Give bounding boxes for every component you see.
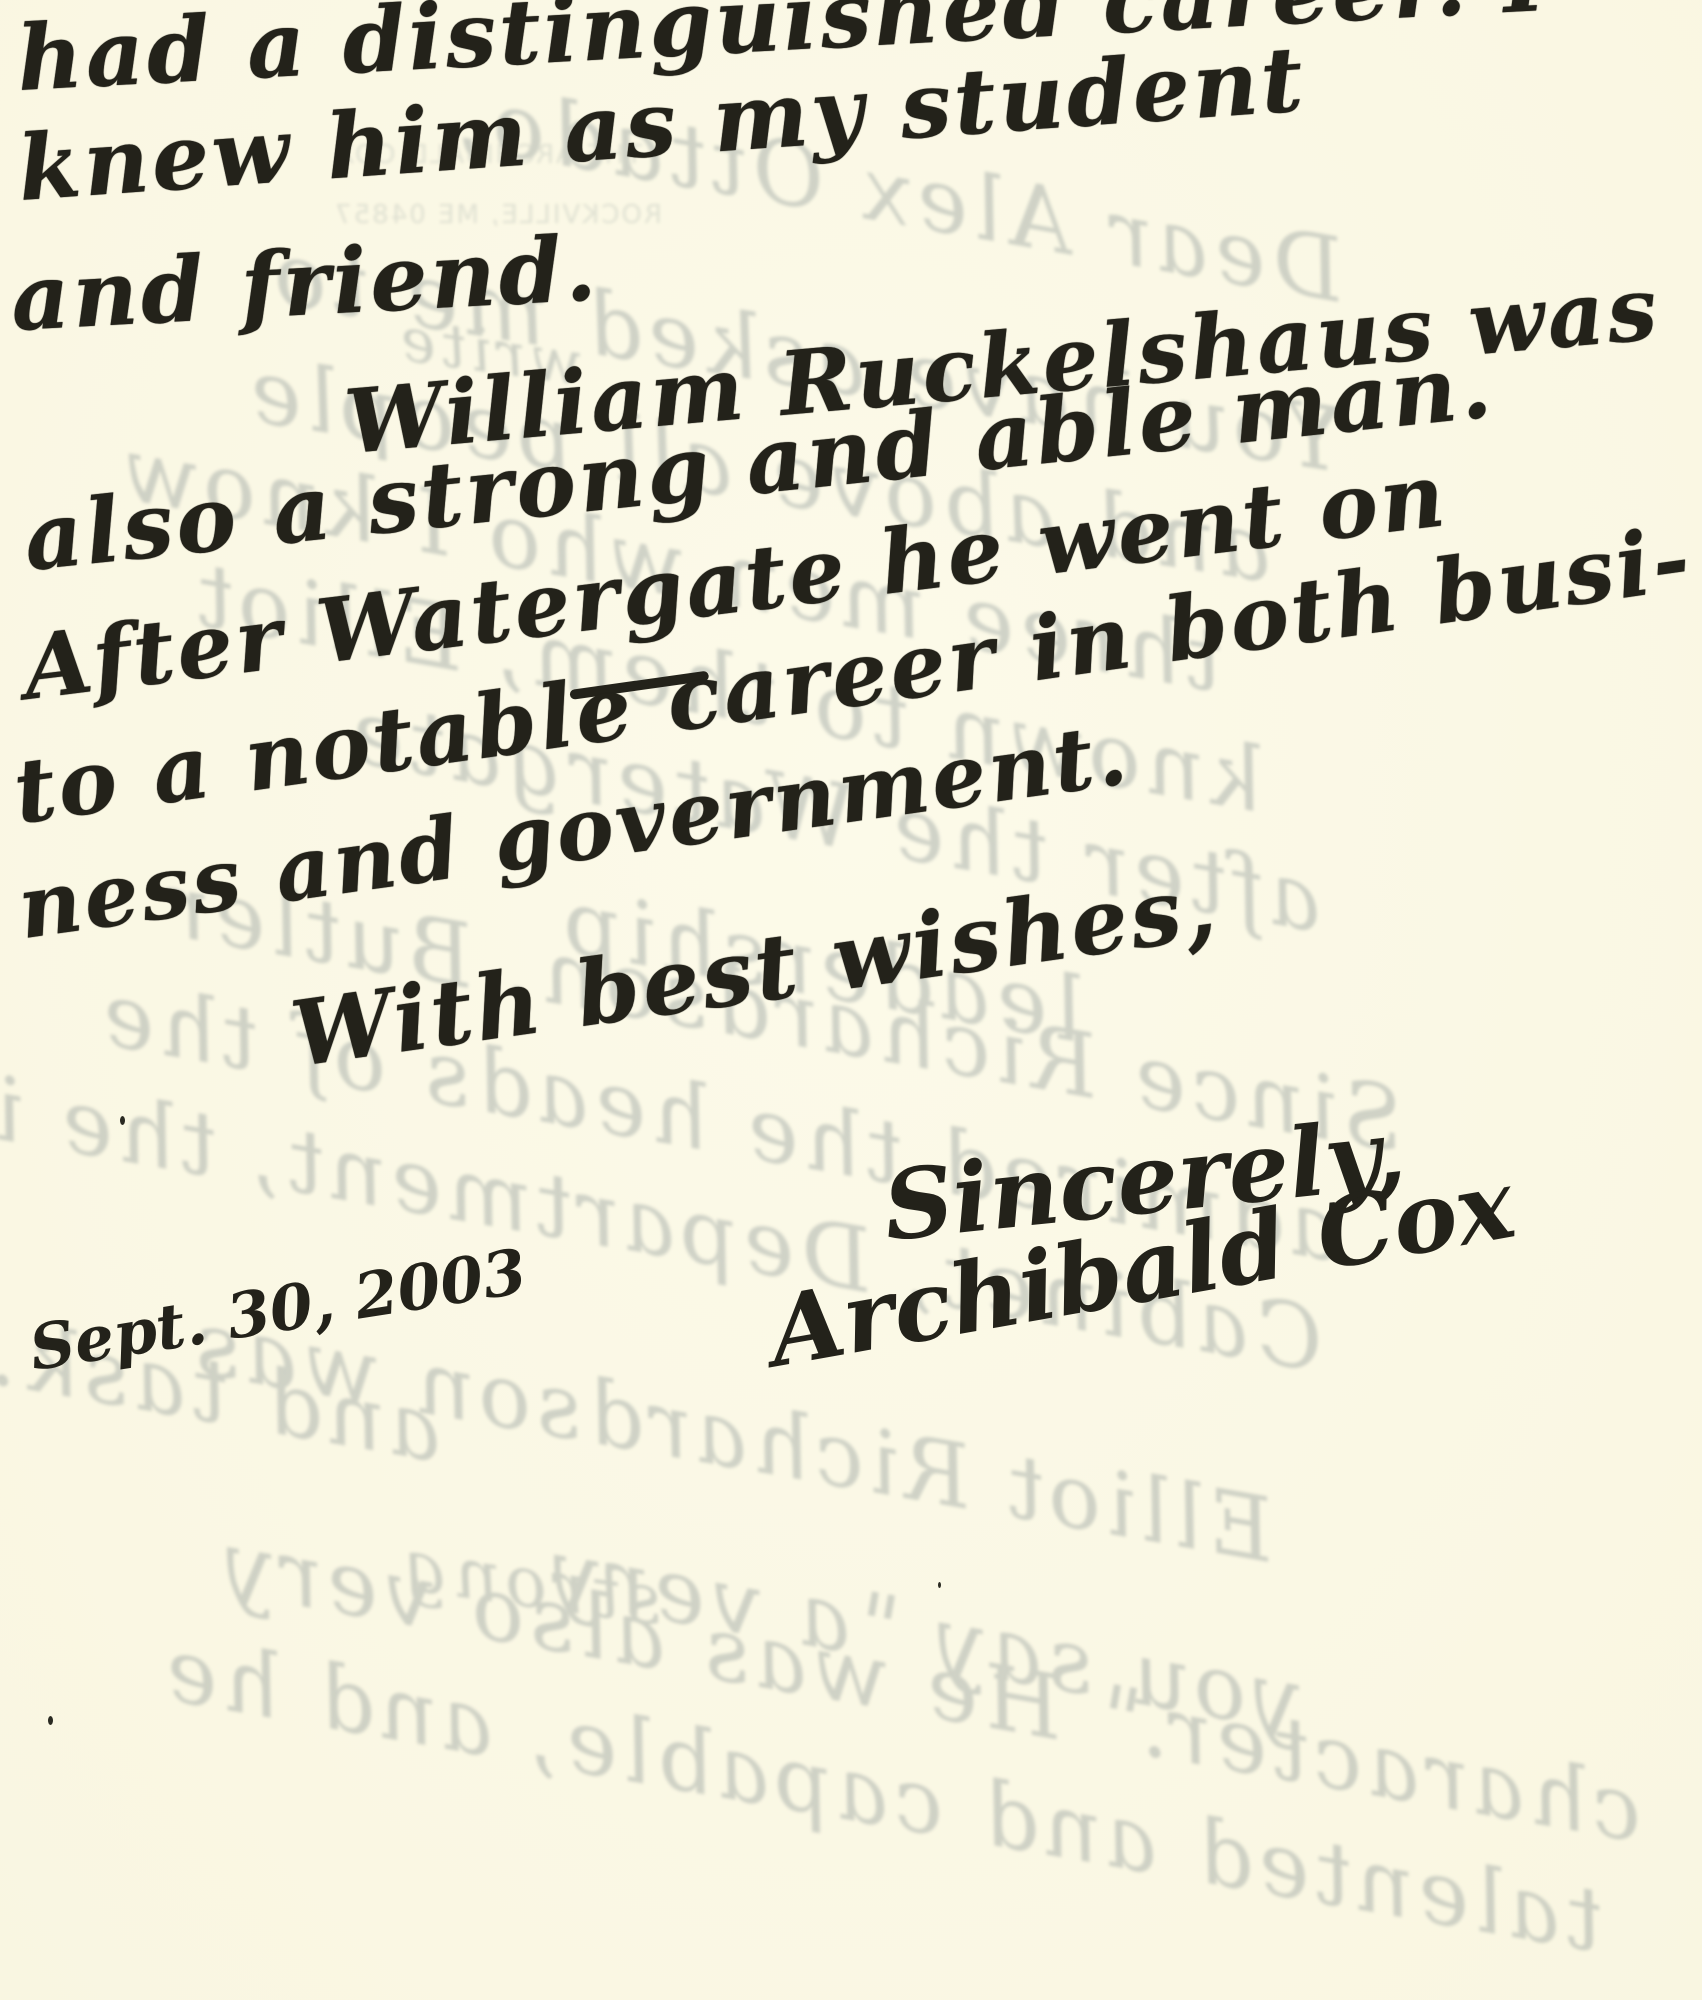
ink-speck — [938, 1582, 941, 1588]
letter-line-3: and friend. — [8, 215, 601, 352]
letter-date: Sept. 30, 2003 — [25, 1234, 532, 1385]
handwritten-letter: had a distinguished career. I knew him a… — [0, 0, 1702, 2000]
ink-speck — [120, 1116, 125, 1125]
ink-speck — [48, 1716, 53, 1725]
